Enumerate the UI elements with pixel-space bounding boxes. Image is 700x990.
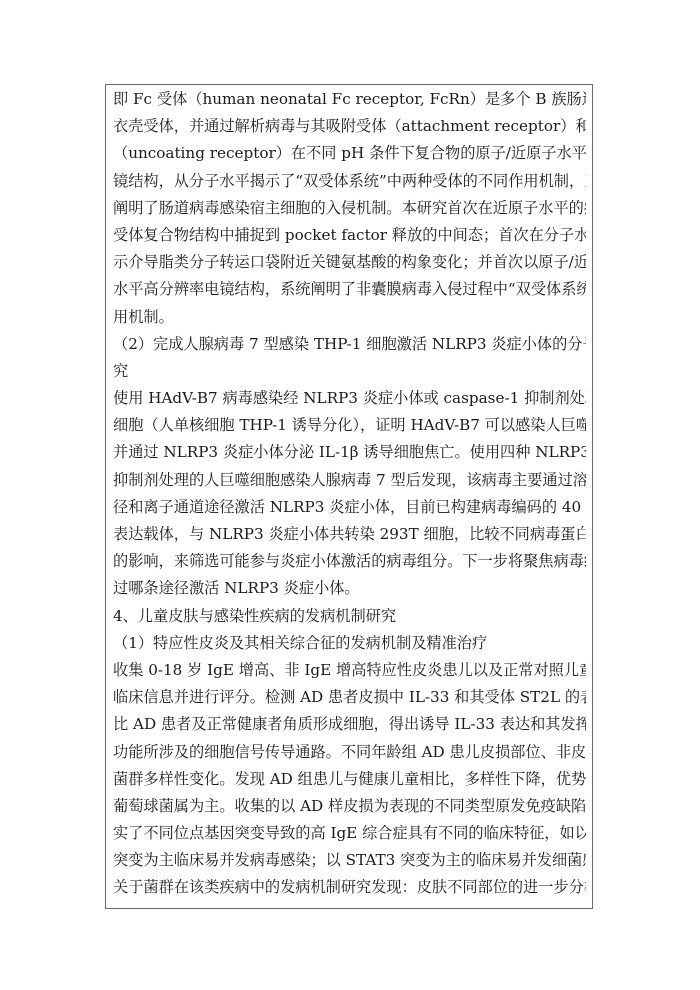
text-line: 即 Fc 受体（human neonatal Fc receptor, FcRn… xyxy=(113,86,586,113)
subsection-heading: （1）特应性皮炎及其相关综合征的发病机制及精准治疗 xyxy=(113,630,586,657)
text-line: 受体复合物结构中捕捉到 pocket factor 释放的中间态；首次在分子水平… xyxy=(113,222,586,249)
section-heading: 4、儿童皮肤与感染性疾病的发病机制研究 xyxy=(113,603,586,630)
text-line: 示介导脂类分子转运口袋附近关键氨基酸的构象变化；并首次以原子/近原子 xyxy=(113,249,586,276)
text-line: 细胞（人单核细胞 THP-1 诱导分化），证明 HAdV-B7 可以感染人巨噬细… xyxy=(113,412,586,439)
text-line: 功能所涉及的细胞信号传导通路。不同年龄组 AD 患儿皮损部位、非皮损部位 xyxy=(113,739,586,766)
text-line: 表达载体，与 NLRP3 炎症小体共转染 293T 细胞，比较不同病毒蛋白对 I… xyxy=(113,521,586,548)
text-line: 菌群多样性变化。发现 AD 组患儿与健康儿童相比，多样性下降，优势菌群以 xyxy=(113,766,586,793)
subsection-heading: （2）完成人腺病毒 7 型感染 THP-1 细胞激活 NLRP3 炎症小体的分子… xyxy=(113,331,586,358)
text-line: 的影响，来筛选可能参与炎症小体激活的病毒组分。下一步将聚焦病毒组分通 xyxy=(113,548,586,575)
text-line: 关于菌群在该类疾病中的发病机制研究发现：皮肤不同部位的进一步分析显示 xyxy=(113,874,586,901)
text-line: 阐明了肠道病毒感染宿主细胞的入侵机制。本研究首次在近原子水平的病毒- xyxy=(113,195,586,222)
text-line: 并通过 NLRP3 炎症小体分泌 IL-1β 诱导细胞焦亡。使用四种 NLRP3… xyxy=(113,439,586,466)
text-line: 衣壳受体，并通过解析病毒与其吸附受体（attachment receptor）和… xyxy=(113,113,586,140)
subsection-heading: 究 xyxy=(113,358,586,385)
text-line: 抑制剂处理的人巨噬细胞感染人腺病毒 7 型后发现，该病毒主要通过溶酶体途 xyxy=(113,467,586,494)
text-line: （uncoating receptor）在不同 pH 条件下复合物的原子/近原子… xyxy=(113,140,586,167)
text-line: 使用 HAdV-B7 病毒感染经 NLRP3 炎症小体或 caspase-1 抑… xyxy=(113,385,586,412)
text-line: 实了不同位点基因突变导致的高 IgE 综合症具有不同的临床特征，如以 DOCK8 xyxy=(113,820,586,847)
text-line: 收集 0-18 岁 IgE 增高、非 IgE 增高特应性皮炎患儿以及正常对照儿童… xyxy=(113,657,586,684)
text-line: 葡萄球菌属为主。收集的以 AD 样皮损为表现的不同类型原发免疫缺陷病，证 xyxy=(113,793,586,820)
text-line: 用机制。 xyxy=(113,304,586,331)
text-line: 镜结构，从分子水平揭示了“双受体系统”中两种受体的不同作用机制，系统地 xyxy=(113,168,586,195)
text-line: 临床信息并进行评分。检测 AD 患者皮损中 IL-33 和其受体 ST2L 的表… xyxy=(113,684,586,711)
text-line: 过哪条途径激活 NLRP3 炎症小体。 xyxy=(113,575,586,602)
text-line: 水平高分辨率电镜结构，系统阐明了非囊膜病毒入侵过程中“双受体系统”的作 xyxy=(113,276,586,303)
text-line: 径和离子通道途径激活 NLRP3 炎症小体，目前已构建病毒编码的 40 余种蛋白 xyxy=(113,494,586,521)
document-table-cell: 即 Fc 受体（human neonatal Fc receptor, FcRn… xyxy=(105,84,593,909)
text-line: 比 AD 患者及正常健康者角质形成细胞，得出诱导 IL-33 表达和其发挥药理学 xyxy=(113,711,586,738)
text-line: 突变为主临床易并发病毒感染；以 STAT3 突变为主的临床易并发细菌感染。 xyxy=(113,847,586,874)
